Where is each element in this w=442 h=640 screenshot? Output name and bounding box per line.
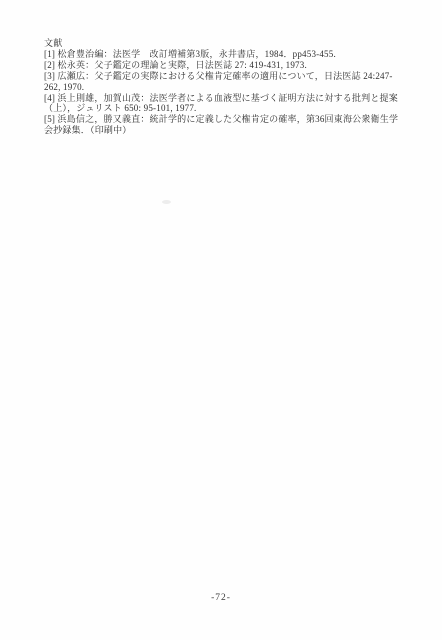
reference-line: [3] 広瀬広：父子鑑定の実際における父権肯定確率の適用について，日法医誌 24… <box>44 71 428 82</box>
reference-entry: [2] 松永英：父子鑑定の理論と実際，日法医誌 27: 419-431, 197… <box>44 60 428 71</box>
reference-entry: [5] 浜島信之，勝又義直：統計学的に定義した父権肯定の確率，第36回東海公衆衛… <box>44 114 428 136</box>
reference-line: [4] 浜上則雄，加賀山茂：法医学者による血液型に基づく証明方法に対する批判と提… <box>44 93 428 104</box>
scan-smudge-artifact <box>162 200 171 204</box>
reference-line: [1] 松倉豊治編：法医学 改訂増補第3版，永井書店，1984．pp453-45… <box>44 49 428 60</box>
page-number: -72- <box>0 593 442 603</box>
reference-line: [5] 浜島信之，勝又義直：統計学的に定義した父権肯定の確率，第36回東海公衆衛… <box>44 114 428 125</box>
reference-line: [2] 松永英：父子鑑定の理論と実際，日法医誌 27: 419-431, 197… <box>44 60 428 71</box>
references-heading: 文献 <box>44 38 428 49</box>
reference-entry: [1] 松倉豊治編：法医学 改訂増補第3版，永井書店，1984．pp453-45… <box>44 49 428 60</box>
reference-entry: [3] 広瀬広：父子鑑定の実際における父権肯定確率の適用について，日法医誌 24… <box>44 71 428 93</box>
reference-line-continuation: 262, 1970. <box>44 82 428 93</box>
references-section: 文献 [1] 松倉豊治編：法医学 改訂増補第3版，永井書店，1984．pp453… <box>44 38 428 136</box>
reference-line-continuation: （上），ジュリスト 650: 95-101, 1977. <box>44 103 428 114</box>
scanned-document-page: 文献 [1] 松倉豊治編：法医学 改訂増補第3版，永井書店，1984．pp453… <box>0 0 442 640</box>
reference-line-continuation: 会抄録集．（印刷中） <box>44 125 428 136</box>
reference-entry: [4] 浜上則雄，加賀山茂：法医学者による血液型に基づく証明方法に対する批判と提… <box>44 93 428 115</box>
